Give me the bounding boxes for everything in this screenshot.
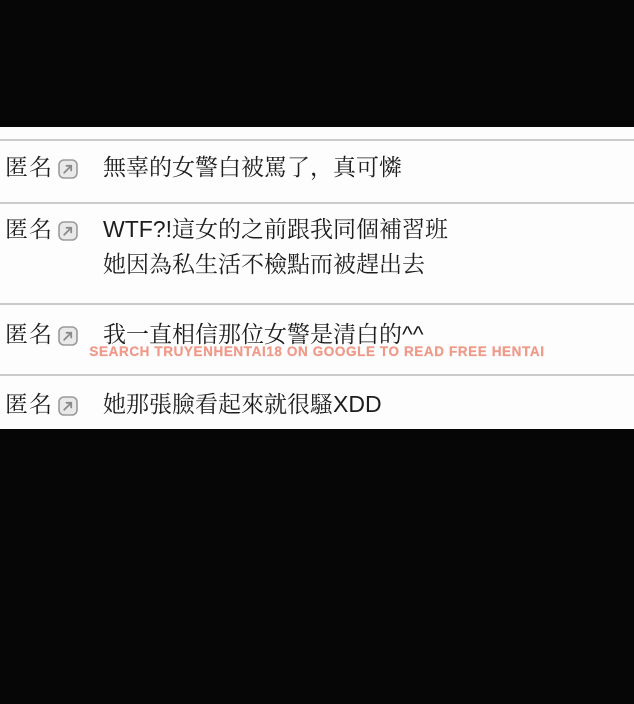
anonymous-badge-icon	[58, 159, 78, 179]
comment-row: 匿名 我一直相信那位女警是清白的^^	[0, 303, 634, 374]
top-black-panel	[0, 0, 634, 127]
comment-text: WTF?!這女的之前跟我同個補習班 她因為私生活不檢點而被趕出去	[103, 212, 634, 282]
anonymous-badge-icon	[58, 221, 78, 241]
comment-meta: 匿名	[5, 212, 103, 247]
comment-text: 她那張臉看起來就很騷XDD	[103, 387, 634, 422]
comment-meta: 匿名	[5, 387, 103, 422]
comment-line: 她那張臉看起來就很騷XDD	[103, 387, 634, 422]
anonymous-badge-icon	[58, 326, 78, 346]
comment-row: 匿名 WTF?!這女的之前跟我同個補習班 她因為私生活不檢點而被趕出去	[0, 202, 634, 303]
comment-meta: 匿名	[5, 150, 103, 185]
comment-list: 匿名 無辜的女警白被罵了，真可憐 匿名	[0, 139, 634, 444]
comment-text: 無辜的女警白被罵了，真可憐	[103, 150, 634, 185]
anonymous-label: 匿名	[5, 150, 53, 185]
comment-line: 她因為私生活不檢點而被趕出去	[103, 247, 634, 282]
watermark-text: SEARCH TRUYENHENTAI18 ON GOOGLE TO READ …	[0, 344, 634, 359]
comment-line: WTF?!這女的之前跟我同個補習班	[103, 212, 634, 247]
bottom-black-panel	[0, 429, 634, 704]
comment-line: 無辜的女警白被罵了，真可憐	[103, 150, 634, 185]
comment-row: 匿名 無辜的女警白被罵了，真可憐	[0, 139, 634, 202]
anonymous-label: 匿名	[5, 387, 53, 422]
comic-page: 匿名 無辜的女警白被罵了，真可憐 匿名	[0, 0, 634, 704]
anonymous-label: 匿名	[5, 212, 53, 247]
anonymous-badge-icon	[58, 396, 78, 416]
